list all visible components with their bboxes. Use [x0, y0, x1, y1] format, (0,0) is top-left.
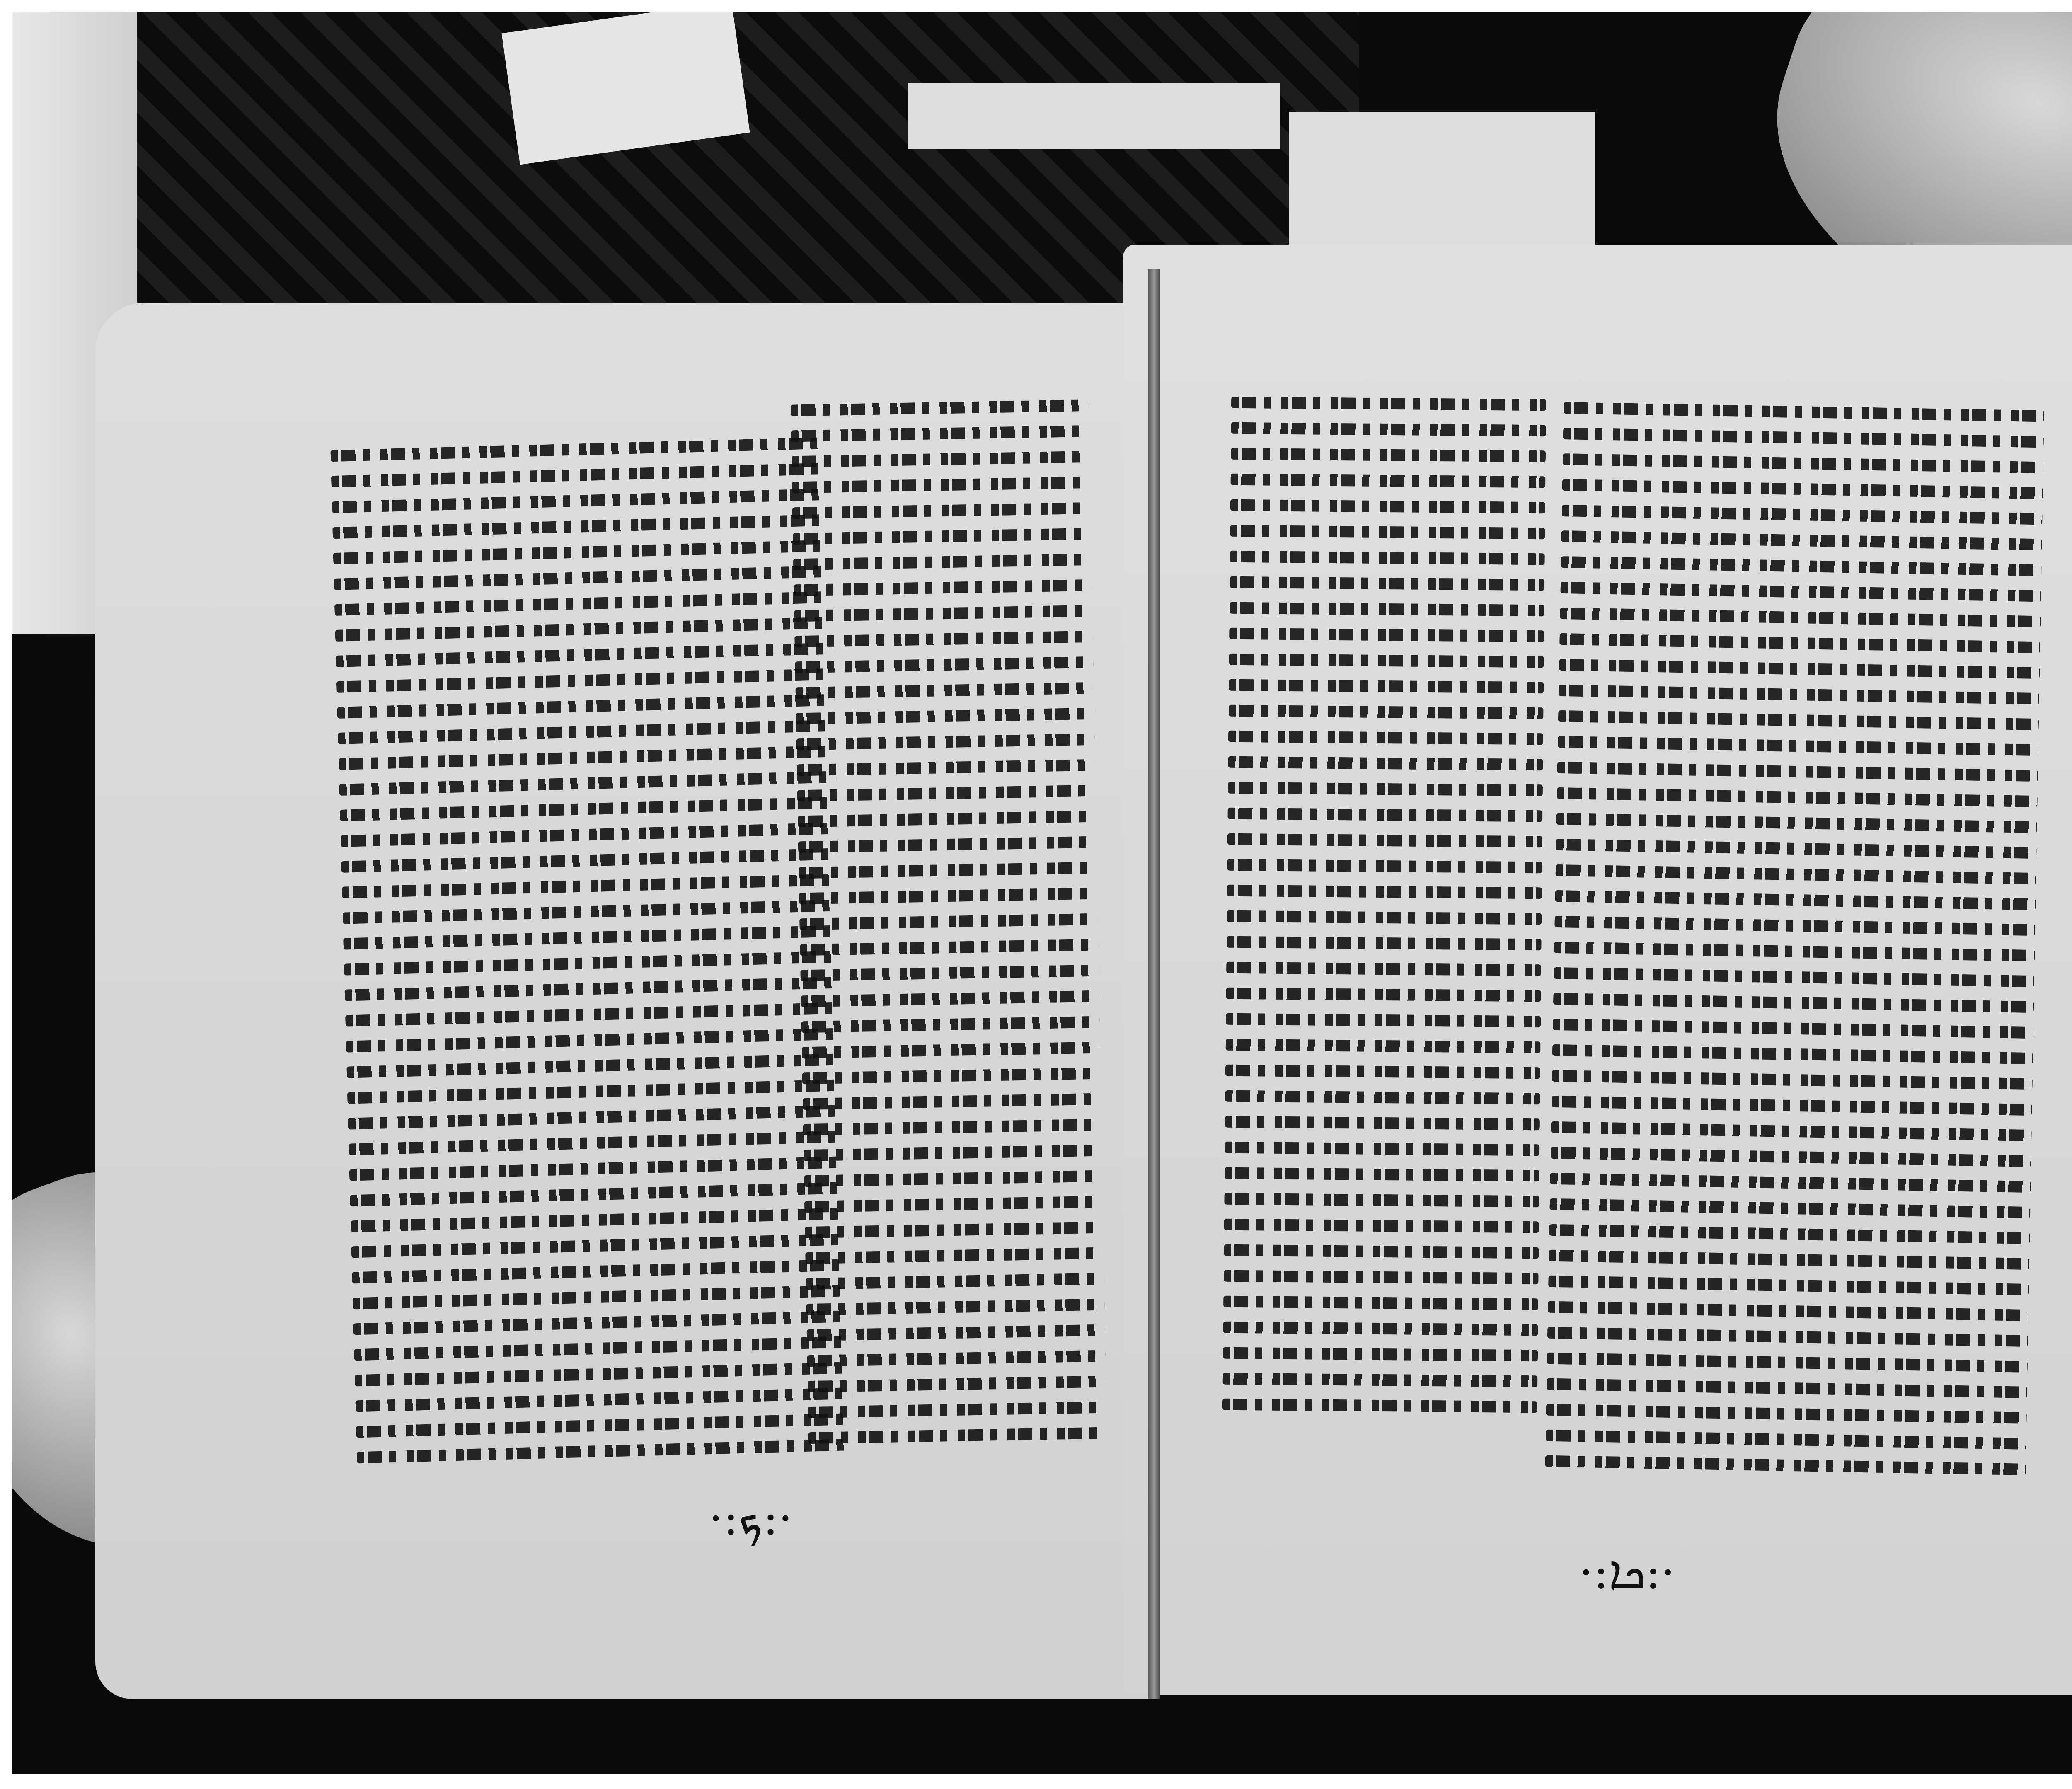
paper-slip: [908, 83, 1280, 149]
quire-signature-left: ·:ܟ:·: [709, 1492, 793, 1546]
text-column-right-2: [1544, 402, 2044, 1513]
text-column-left-2: [790, 399, 1107, 1482]
quire-signature-right: ·:ܟܐ:·: [1579, 1546, 1675, 1600]
text-column-right-1: [1222, 397, 1546, 1460]
manuscript-photo: ·:ܟ:· ·:ܟܐ:·: [12, 12, 2072, 1774]
book-gutter: [1148, 269, 1160, 1699]
text-column-left-1: [330, 437, 855, 1494]
